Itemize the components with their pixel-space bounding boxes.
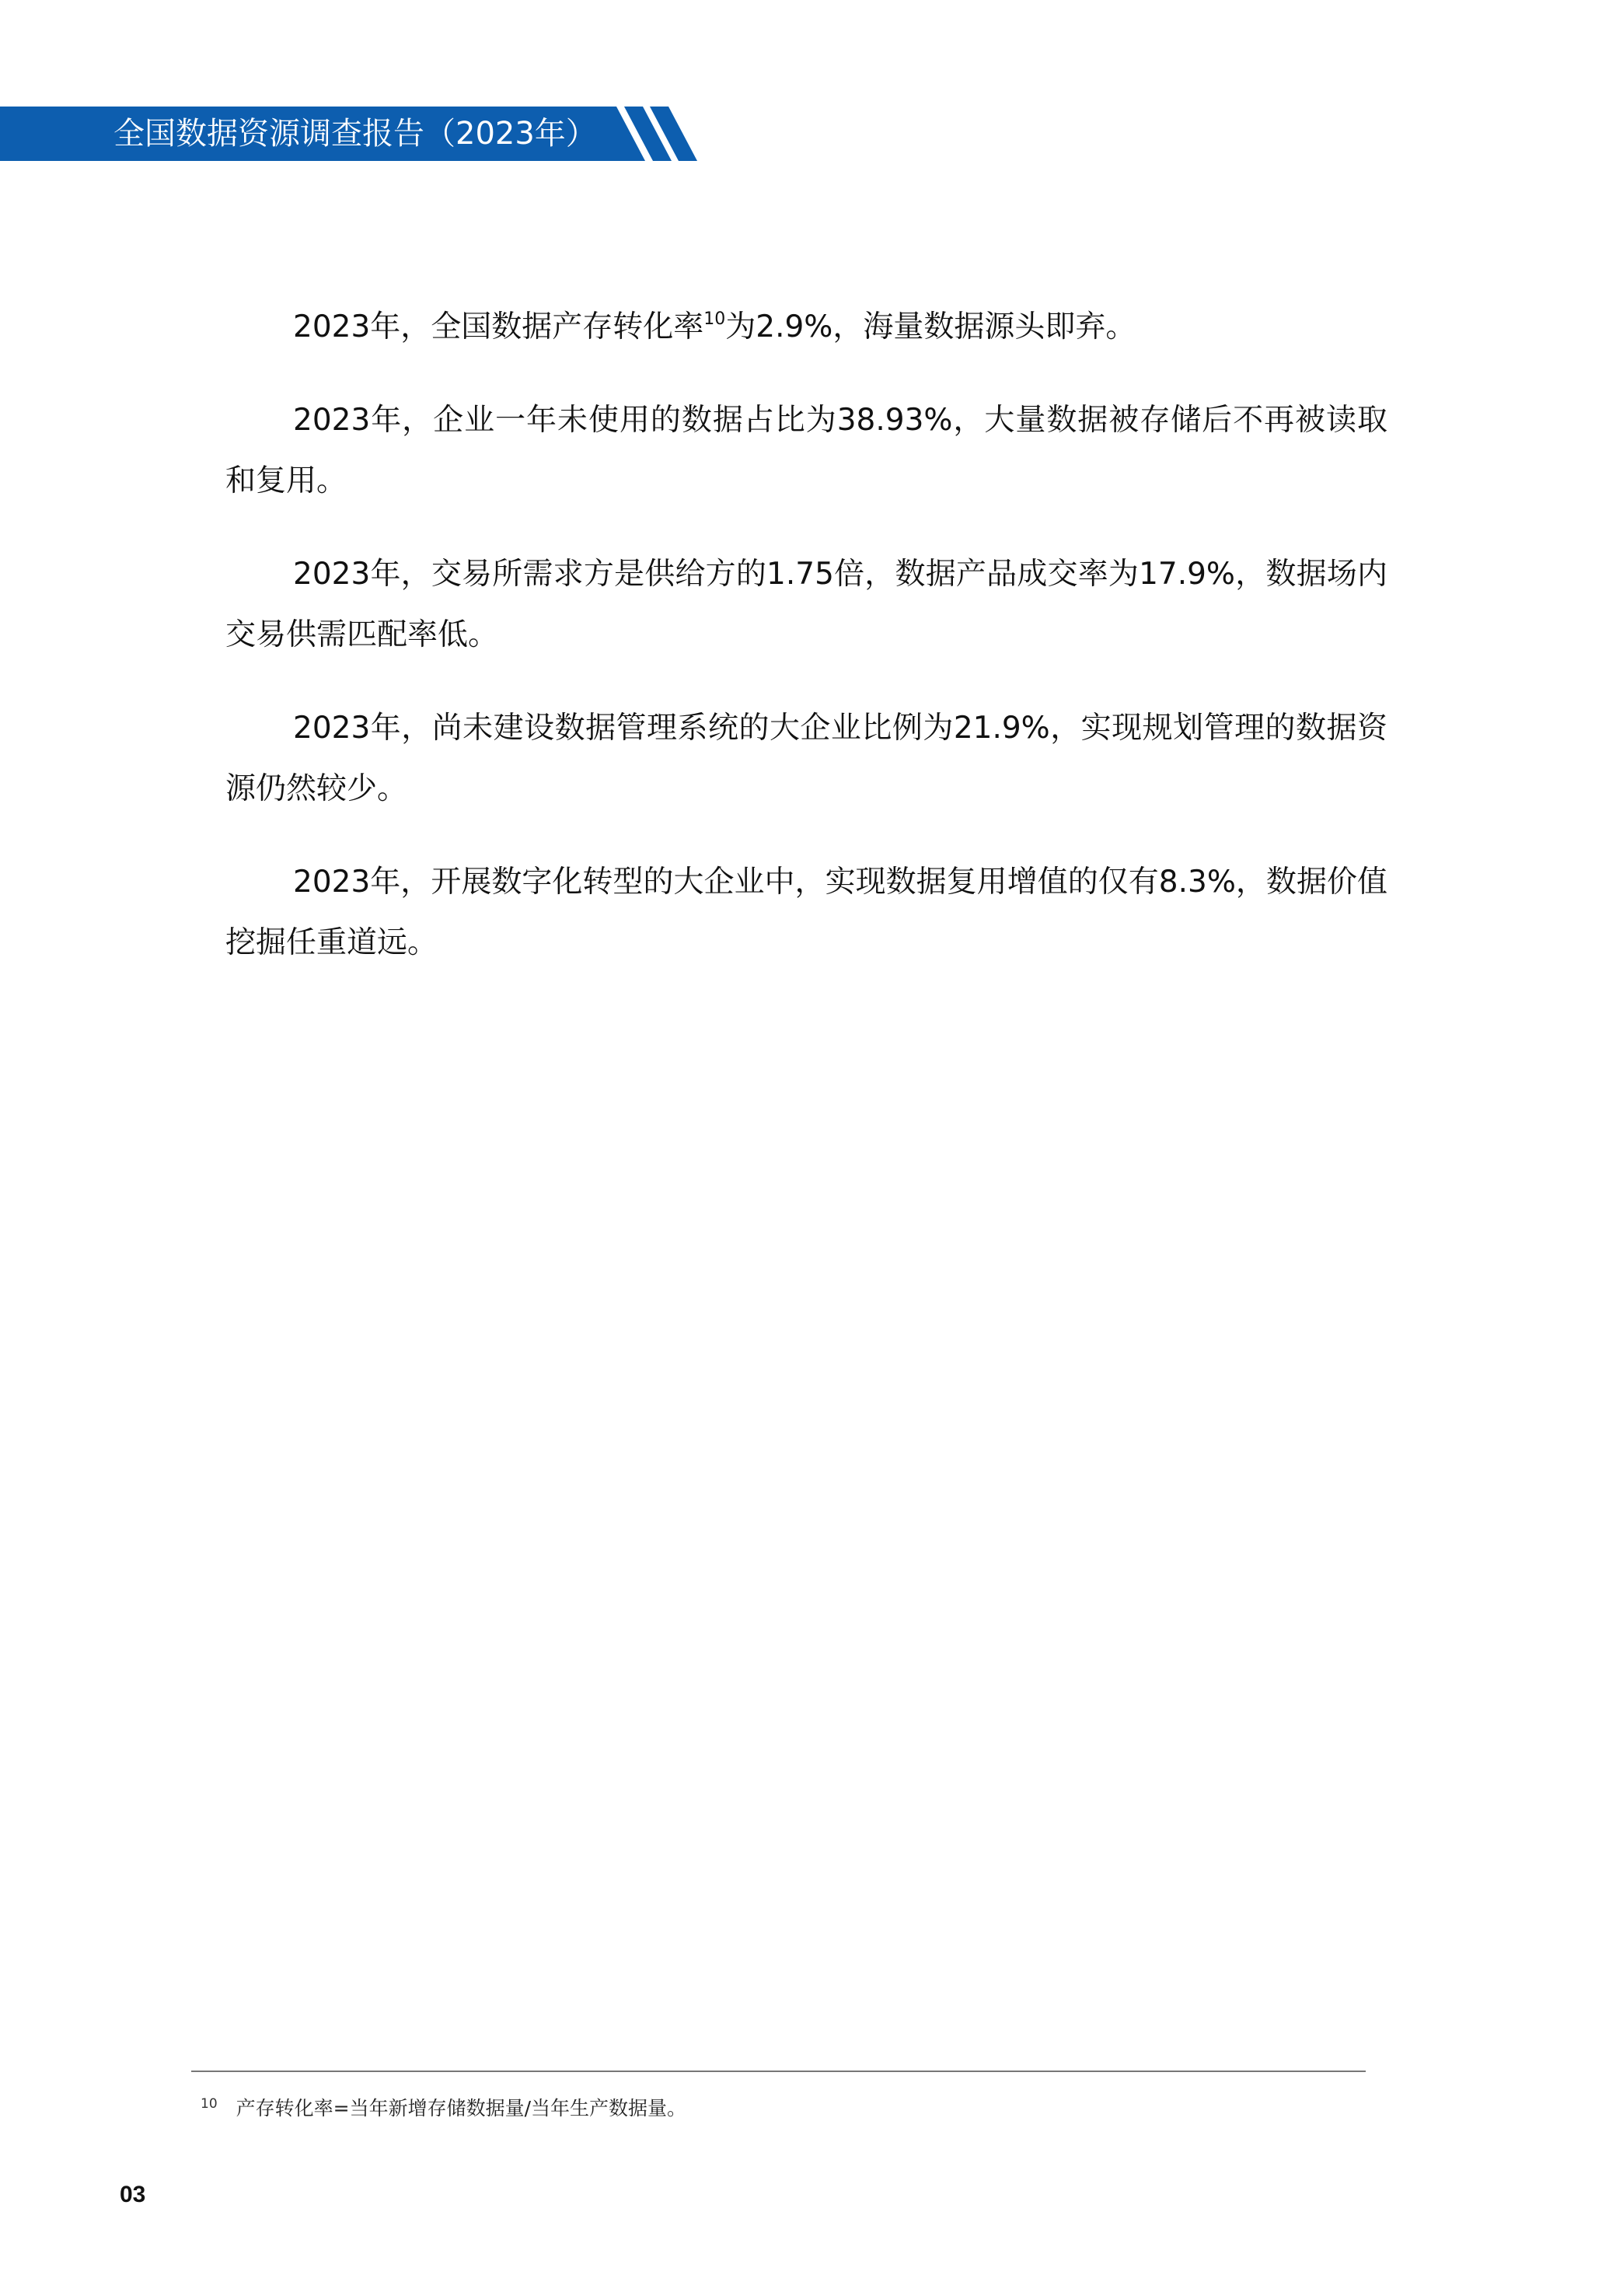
paragraph-text: 为2.9%，海量数据源头即弃。: [725, 309, 1136, 344]
paragraph-exchange-demand: 2023年，交易所需求方是供给方的1.75倍，数据产品成交率为17.9%，数据场…: [225, 544, 1387, 666]
paragraph-unused-data: 2023年，企业一年未使用的数据占比为38.93%，大量数据被存储后不再被读取和…: [225, 390, 1387, 512]
paragraph-digital-transformation: 2023年，开展数字化转型的大企业中，实现数据复用增值的仅有8.3%，数据价值挖…: [225, 852, 1387, 973]
body-text: 2023年，全国数据产存转化率10为2.9%，海量数据源头即弃。 2023年，企…: [225, 297, 1387, 1006]
footnote-reference[interactable]: 10: [703, 309, 725, 329]
footnote: 10产存转化率=当年新增存储数据量/当年生产数据量。: [201, 2090, 686, 2123]
report-title: 全国数据资源调查报告（2023年）: [113, 107, 597, 161]
paragraph-data-management: 2023年，尚未建设数据管理系统的大企业比例为21.9%，实现规划管理的数据资源…: [225, 698, 1387, 820]
paragraph-conversion-rate: 2023年，全国数据产存转化率10为2.9%，海量数据源头即弃。: [225, 297, 1387, 358]
footnote-divider: [191, 2071, 1366, 2072]
footnote-number: 10: [201, 2096, 218, 2112]
page-number: 03: [120, 2182, 145, 2208]
paragraph-text: 2023年，全国数据产存转化率: [293, 309, 703, 344]
footnote-text: 产存转化率=当年新增存储数据量/当年生产数据量。: [236, 2097, 686, 2120]
